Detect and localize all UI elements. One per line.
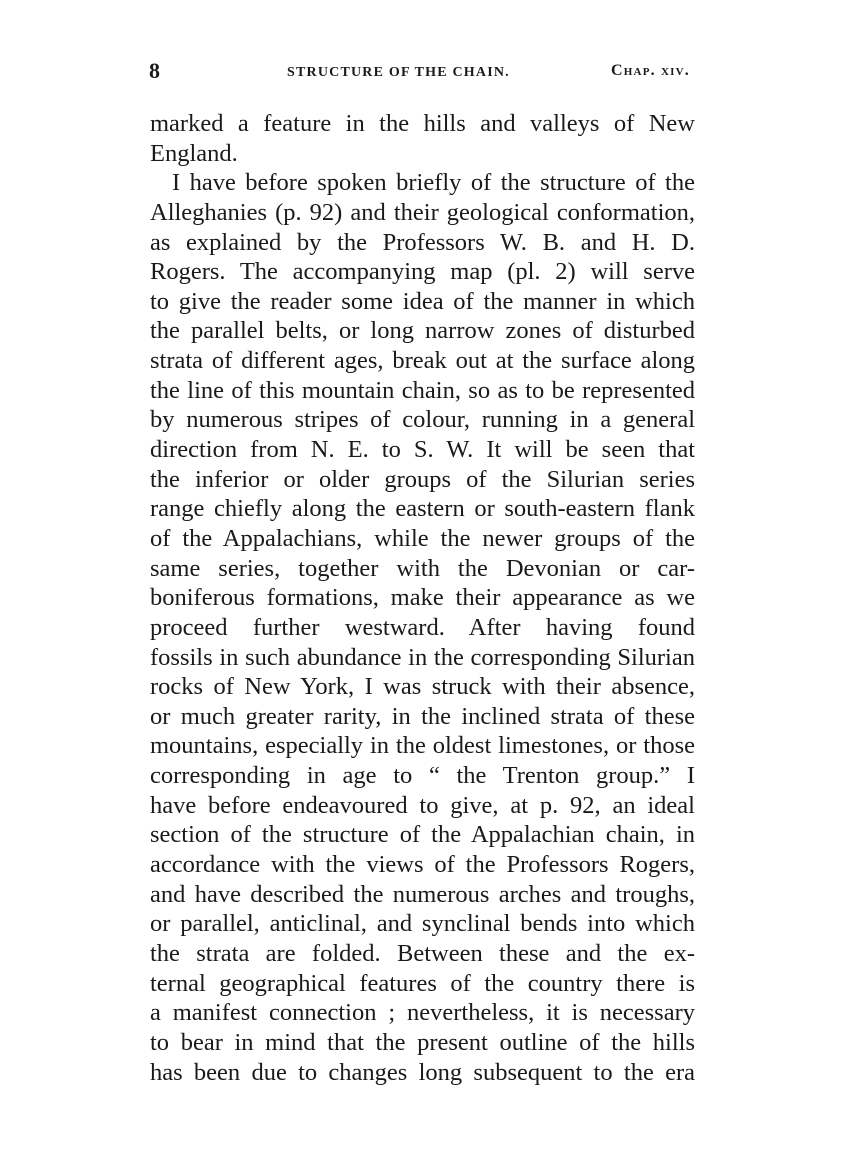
text-line: the line of this mountain chain, so as t… xyxy=(150,376,695,406)
text-line: has been due to changes long subsequent … xyxy=(150,1058,695,1088)
text-line: accordance with the views of the Profess… xyxy=(150,850,695,880)
text-line: or much greater rarity, in the inclined … xyxy=(150,702,695,732)
text-line: of the Appalachians, while the newer gro… xyxy=(150,524,695,554)
text-line: England. xyxy=(150,139,695,169)
chapter-label: Chap. xiv. xyxy=(611,62,690,80)
text-line: to give the reader some idea of the mann… xyxy=(150,287,695,317)
text-line: fossils in such abundance in the corresp… xyxy=(150,643,695,673)
text-line: Rogers. The accompanying map (pl. 2) wil… xyxy=(150,257,695,287)
text-line: by numerous stripes of colour, running i… xyxy=(150,405,695,435)
text-line: the inferior or older groups of the Silu… xyxy=(150,465,695,495)
page-number: 8 xyxy=(149,58,160,84)
running-title: STRUCTURE OF THE CHAIN. xyxy=(287,65,510,81)
text-line: corresponding in age to “ the Trenton gr… xyxy=(150,761,695,791)
text-line: the parallel belts, or long narrow zones… xyxy=(150,316,695,346)
text-line: Alleghanies (p. 92) and their geological… xyxy=(150,198,695,228)
text-line: boniferous formations, make their appear… xyxy=(150,583,695,613)
text-line: marked a feature in the hills and valley… xyxy=(150,109,695,139)
text-line: have before endeavoured to give, at p. 9… xyxy=(150,791,695,821)
body-text: marked a feature in the hills and valley… xyxy=(150,109,695,1087)
text-line: mountains, especially in the oldest lime… xyxy=(150,731,695,761)
text-line: range chiefly along the eastern or south… xyxy=(150,494,695,524)
text-line: ternal geographical features of the coun… xyxy=(150,969,695,999)
text-line: and have described the numerous arches a… xyxy=(150,880,695,910)
text-line: strata of different ages, break out at t… xyxy=(150,346,695,376)
text-line: the strata are folded. Between these and… xyxy=(150,939,695,969)
text-line: direction from N. E. to S. W. It will be… xyxy=(150,435,695,465)
paragraph-start-line: I have before spoken briefly of the stru… xyxy=(150,168,695,198)
text-line: a manifest connection ; nevertheless, it… xyxy=(150,998,695,1028)
text-line: to bear in mind that the present outline… xyxy=(150,1028,695,1058)
text-line: or parallel, anticlinal, and synclinal b… xyxy=(150,909,695,939)
text-line: section of the structure of the Appalach… xyxy=(150,820,695,850)
text-line: rocks of New York, I was struck with the… xyxy=(150,672,695,702)
text-line: same series, together with the Devonian … xyxy=(150,554,695,584)
text-line: proceed further westward. After having f… xyxy=(150,613,695,643)
text-line: as explained by the Professors W. B. and… xyxy=(150,228,695,258)
running-head: 8 STRUCTURE OF THE CHAIN. Chap. xiv. xyxy=(150,60,695,84)
